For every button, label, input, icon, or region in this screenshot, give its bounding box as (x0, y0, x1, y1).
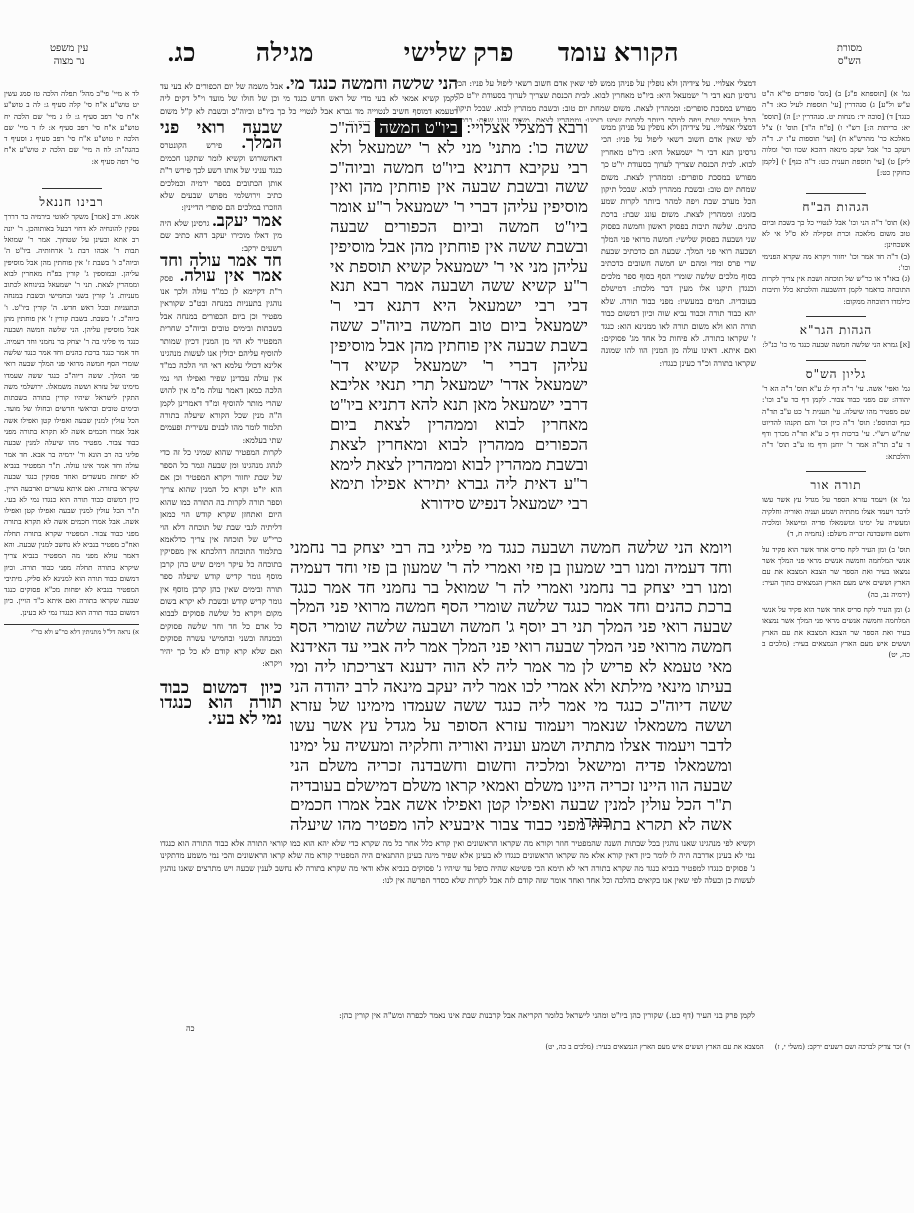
section-divider (4, 185, 139, 193)
right-margin: גמ' א) [תוספתא פ"ג] ב) [מס' סופרים פי"א … (762, 88, 910, 1058)
bach-note-3: (ג) באו"ד או כר"ש של תוכחה ושבת אין צריך… (762, 273, 910, 307)
tosafot-text-5: לקרות המפטיר שהוא שמיני כל זה כדי לנהוג … (160, 447, 282, 670)
tosafot-heading-4: חד אמר עולה וחד אמר אין עולה. (160, 251, 282, 285)
masoret-label-line1: מסורת (837, 42, 862, 55)
torah-or-verse-1: גמ' א) ויעמד עזרא הספר על מגדל עץ אשר עש… (762, 494, 910, 539)
tosafot-heading-3: אמר יעקב. (212, 211, 282, 230)
gemara-text-wide: ויומא הני שלשה חמשה ושבעה כנגד מי פליגי … (290, 538, 732, 830)
daf-number: כג. (168, 40, 196, 68)
gra-note-1: [א] גמרא הני שלשה חמשה שבעה כנגד מי כו' … (762, 339, 910, 350)
ein-mishpat-line1: עין משפט (50, 42, 88, 55)
left-margin: לד א מיי' פי"ב מהל' תפלה הלכה טז סמג עשי… (4, 88, 139, 1043)
section-divider (762, 313, 910, 321)
tractate-name: מגילה (256, 40, 314, 68)
gemara-opening: ורבא דמצלי אצלויי: (467, 118, 589, 137)
gemara-text-upper: ביוה"כ ששה כו': מתני' מני לא ר' ישמעאל ו… (330, 118, 588, 513)
section-divider (762, 468, 910, 476)
tosafot-text-4: פסק ר"ת דקיימא לן כמ"ד עולה ולכך אנו נוה… (160, 274, 282, 444)
masoret-hashas-label: מסורת הש"ס (837, 42, 862, 68)
hagahot-habach-title: הגהות הב"ח (762, 202, 910, 213)
tosafot-footnote: לקמן פרק בני העיר (דף כט.) שקורין כהן בי… (160, 1010, 755, 1022)
rashi-column: דמצלי אצלויי. על צידיהן ולא נופלין על פנ… (601, 122, 756, 532)
left-footnote: א) נראה דל"ל מתניתין דלא כר"ע ולא כר"י (4, 624, 139, 637)
tosafot-text-6: וקשיא לפי מנהגינו שאנו נוהגין בכל שבתות … (160, 838, 755, 888)
ein-mishpat-label: עין משפט נר מצוה (50, 42, 88, 68)
hagahot-hagra-title: הגהות הגר"א (762, 325, 910, 336)
page-signature: כה (186, 1024, 195, 1033)
bottom-verse-2: המצבא את עם הארץ וששים איש מעם הארץ הנמצ… (545, 1043, 763, 1051)
rabbenu-chananel-text: אמא. ורב [אמר] משקר לאוטי בירמיה בר דררך… (4, 211, 139, 618)
tosafot-top: הני שלשה וחמשה כנגד מי. אבל משמה של יום … (160, 78, 458, 122)
rabbenu-chananel-title: רבינו חננאל (4, 197, 139, 208)
ein-mishpat-text: לד א מיי' פי"ב מהל' תפלה הלכה טז סמג עשי… (4, 88, 139, 167)
rashi-text-top: דמצלי אצלויי. על צידיהן ולא נופלין על פנ… (456, 78, 756, 122)
masoret-label-line2: הש"ס (837, 55, 862, 68)
tosafot-column: שבעה רואי פני המלך. פירש הקונטרס דאחשורו… (160, 122, 282, 682)
tosafot-dibur-hamatchil: הני שלשה וחמשה כנגד מי. (286, 78, 458, 93)
bach-note-1: (א) תוס' ד"ה הני וכו' אבל לנטויי כל כך ב… (762, 217, 910, 251)
gemara-last-word: כנגדו (580, 812, 611, 832)
bottom-verse-1: ד) זכר צדיק לברכה ושם רשעים ירקב: (משלי … (775, 1043, 910, 1051)
gemara-wide: ויומא הני שלשה חמשה ושבעה כנגד מי פליגי … (290, 538, 732, 830)
section-divider (762, 190, 910, 198)
section-divider (762, 357, 910, 365)
gilyon-hashas-text: גמ' ואפי' אשה. עי' ר"ה דף לג ע"א תוס' ד"… (762, 383, 910, 462)
tosafot-bottom: וקשיא לפי מנהגינו שאנו נוהגין בכל שבתות … (160, 838, 755, 1010)
torah-or-verse-2: תוס' ב) ומן העיר לקח סריס אחד אשר הוא פק… (762, 544, 910, 600)
masoret-hashas-text: גמ' א) [תוספתא פ"ג] ב) [מס' סופרים פי"א … (762, 88, 910, 178)
torah-or-title: תורה אור (762, 480, 910, 491)
page-header: מסורת הש"ס הקורא עומד פרק שלישי מגילה כג… (0, 38, 914, 78)
tosafot-heading-6: כיון דמשום כבוד תורה הוא כנגדו נמי לא בע… (160, 682, 282, 728)
tosafot-end: לקמן פרק בני העיר (דף כט.) שקורין כהן בי… (160, 1010, 755, 1023)
rashi-text: דמצלי אצלויי. על צידיהן ולא נופלין על פנ… (601, 122, 756, 370)
tosafot-column-lower: כיון דמשום כבוד תורה הוא כנגדו נמי לא בע… (160, 682, 282, 757)
chapter-name: הקורא עומד (558, 40, 679, 68)
gemara-highlighted-phrase[interactable]: ביו"ט חמשה (375, 118, 462, 137)
tosafot-text-2: פירש הקונטרס דאחשורוש וקשיא לומר שתקנו ח… (160, 141, 282, 212)
chapter-number: פרק שלישי (404, 40, 514, 68)
rashi-top: דמצלי אצלויי. על צידיהן ולא נופלין על פנ… (456, 78, 756, 122)
ein-mishpat-line2: נר מצוה (50, 55, 88, 68)
gemara-upper: ורבא דמצלי אצלויי: ביו"ט חמשה ביוה"כ ששה… (330, 118, 588, 538)
gilyon-hashas-title: גליון הש"ס (762, 369, 910, 380)
torah-or-verse-3: ג) ומן העיר לקח סריס אחד אשר הוא פקיד על… (762, 604, 910, 660)
bach-note-2: (ב) ד"ה חד אמר וכו' יחזור ויקרא מה שקרא … (762, 251, 910, 274)
bottom-verse-line: ד) זכר צדיק לברכה ושם רשעים ירקב: (משלי … (200, 1042, 910, 1052)
